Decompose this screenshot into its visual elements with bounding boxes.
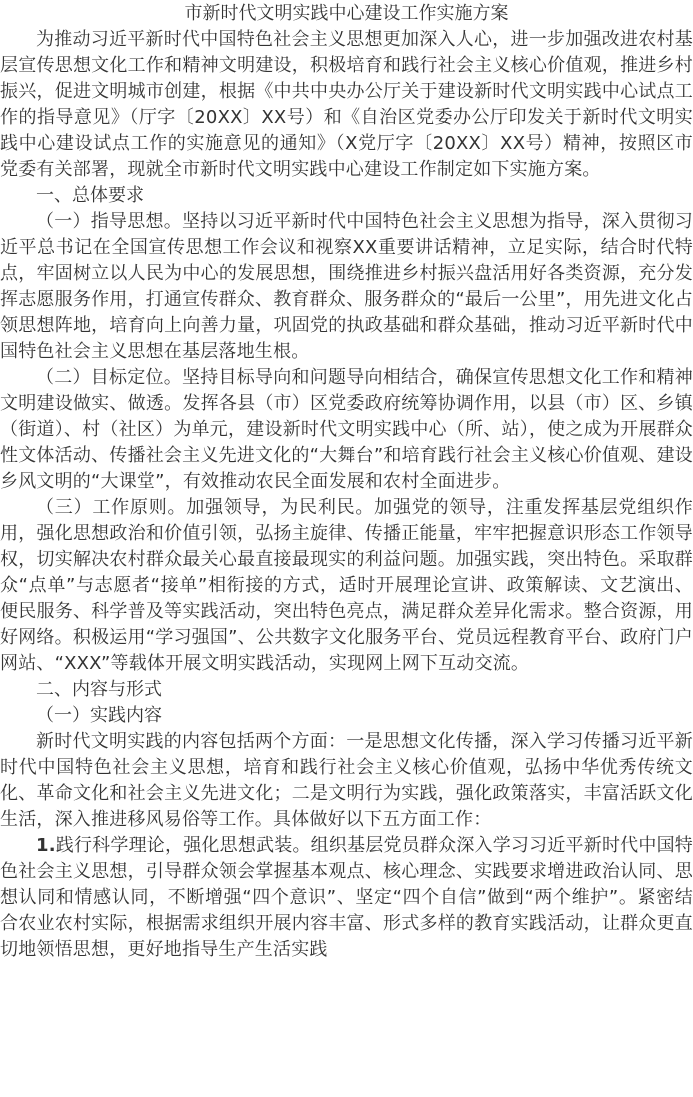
item-text: 践行科学理论，强化思想武装。组织基层党员群众深入学习习近平新时代中国特色社会主义… bbox=[0, 835, 693, 960]
paragraph-guiding-ideology: （一）指导思想。坚持以习近平新时代中国特色社会主义思想为指导，深入贯彻习近平总书… bbox=[0, 209, 693, 365]
paragraph-item-1: 1.践行科学理论，强化思想武装。组织基层党员群众深入学习习近平新时代中国特色社会… bbox=[0, 833, 693, 963]
intro-paragraph: 为推动习近平新时代中国特色社会主义思想更加深入人心，进一步加强改进农村基层宣传思… bbox=[0, 27, 693, 183]
section-heading-content-form: 二、内容与形式 bbox=[0, 677, 693, 703]
item-number: 1. bbox=[36, 835, 56, 856]
paragraph-work-principles: （三）工作原则。加强领导，为民利民。加强党的领导，注重发挥基层党组织作用，强化思… bbox=[0, 495, 693, 677]
paragraph-practice-content: 新时代文明实践的内容包括两个方面：一是思想文化传播，深入学习传播习近平新时代中国… bbox=[0, 729, 693, 833]
paragraph-goal-positioning: （二）目标定位。坚持目标导向和问题导向相结合，确保宣传思想文化工作和精神文明建设… bbox=[0, 365, 693, 495]
document-title: 市新时代文明实践中心建设工作实施方案 bbox=[0, 0, 693, 27]
document-page: 市新时代文明实践中心建设工作实施方案 为推动习近平新时代中国特色社会主义思想更加… bbox=[0, 0, 693, 963]
subheading-practice-content: （一）实践内容 bbox=[0, 703, 693, 729]
section-heading-general-requirements: 一、总体要求 bbox=[0, 183, 693, 209]
